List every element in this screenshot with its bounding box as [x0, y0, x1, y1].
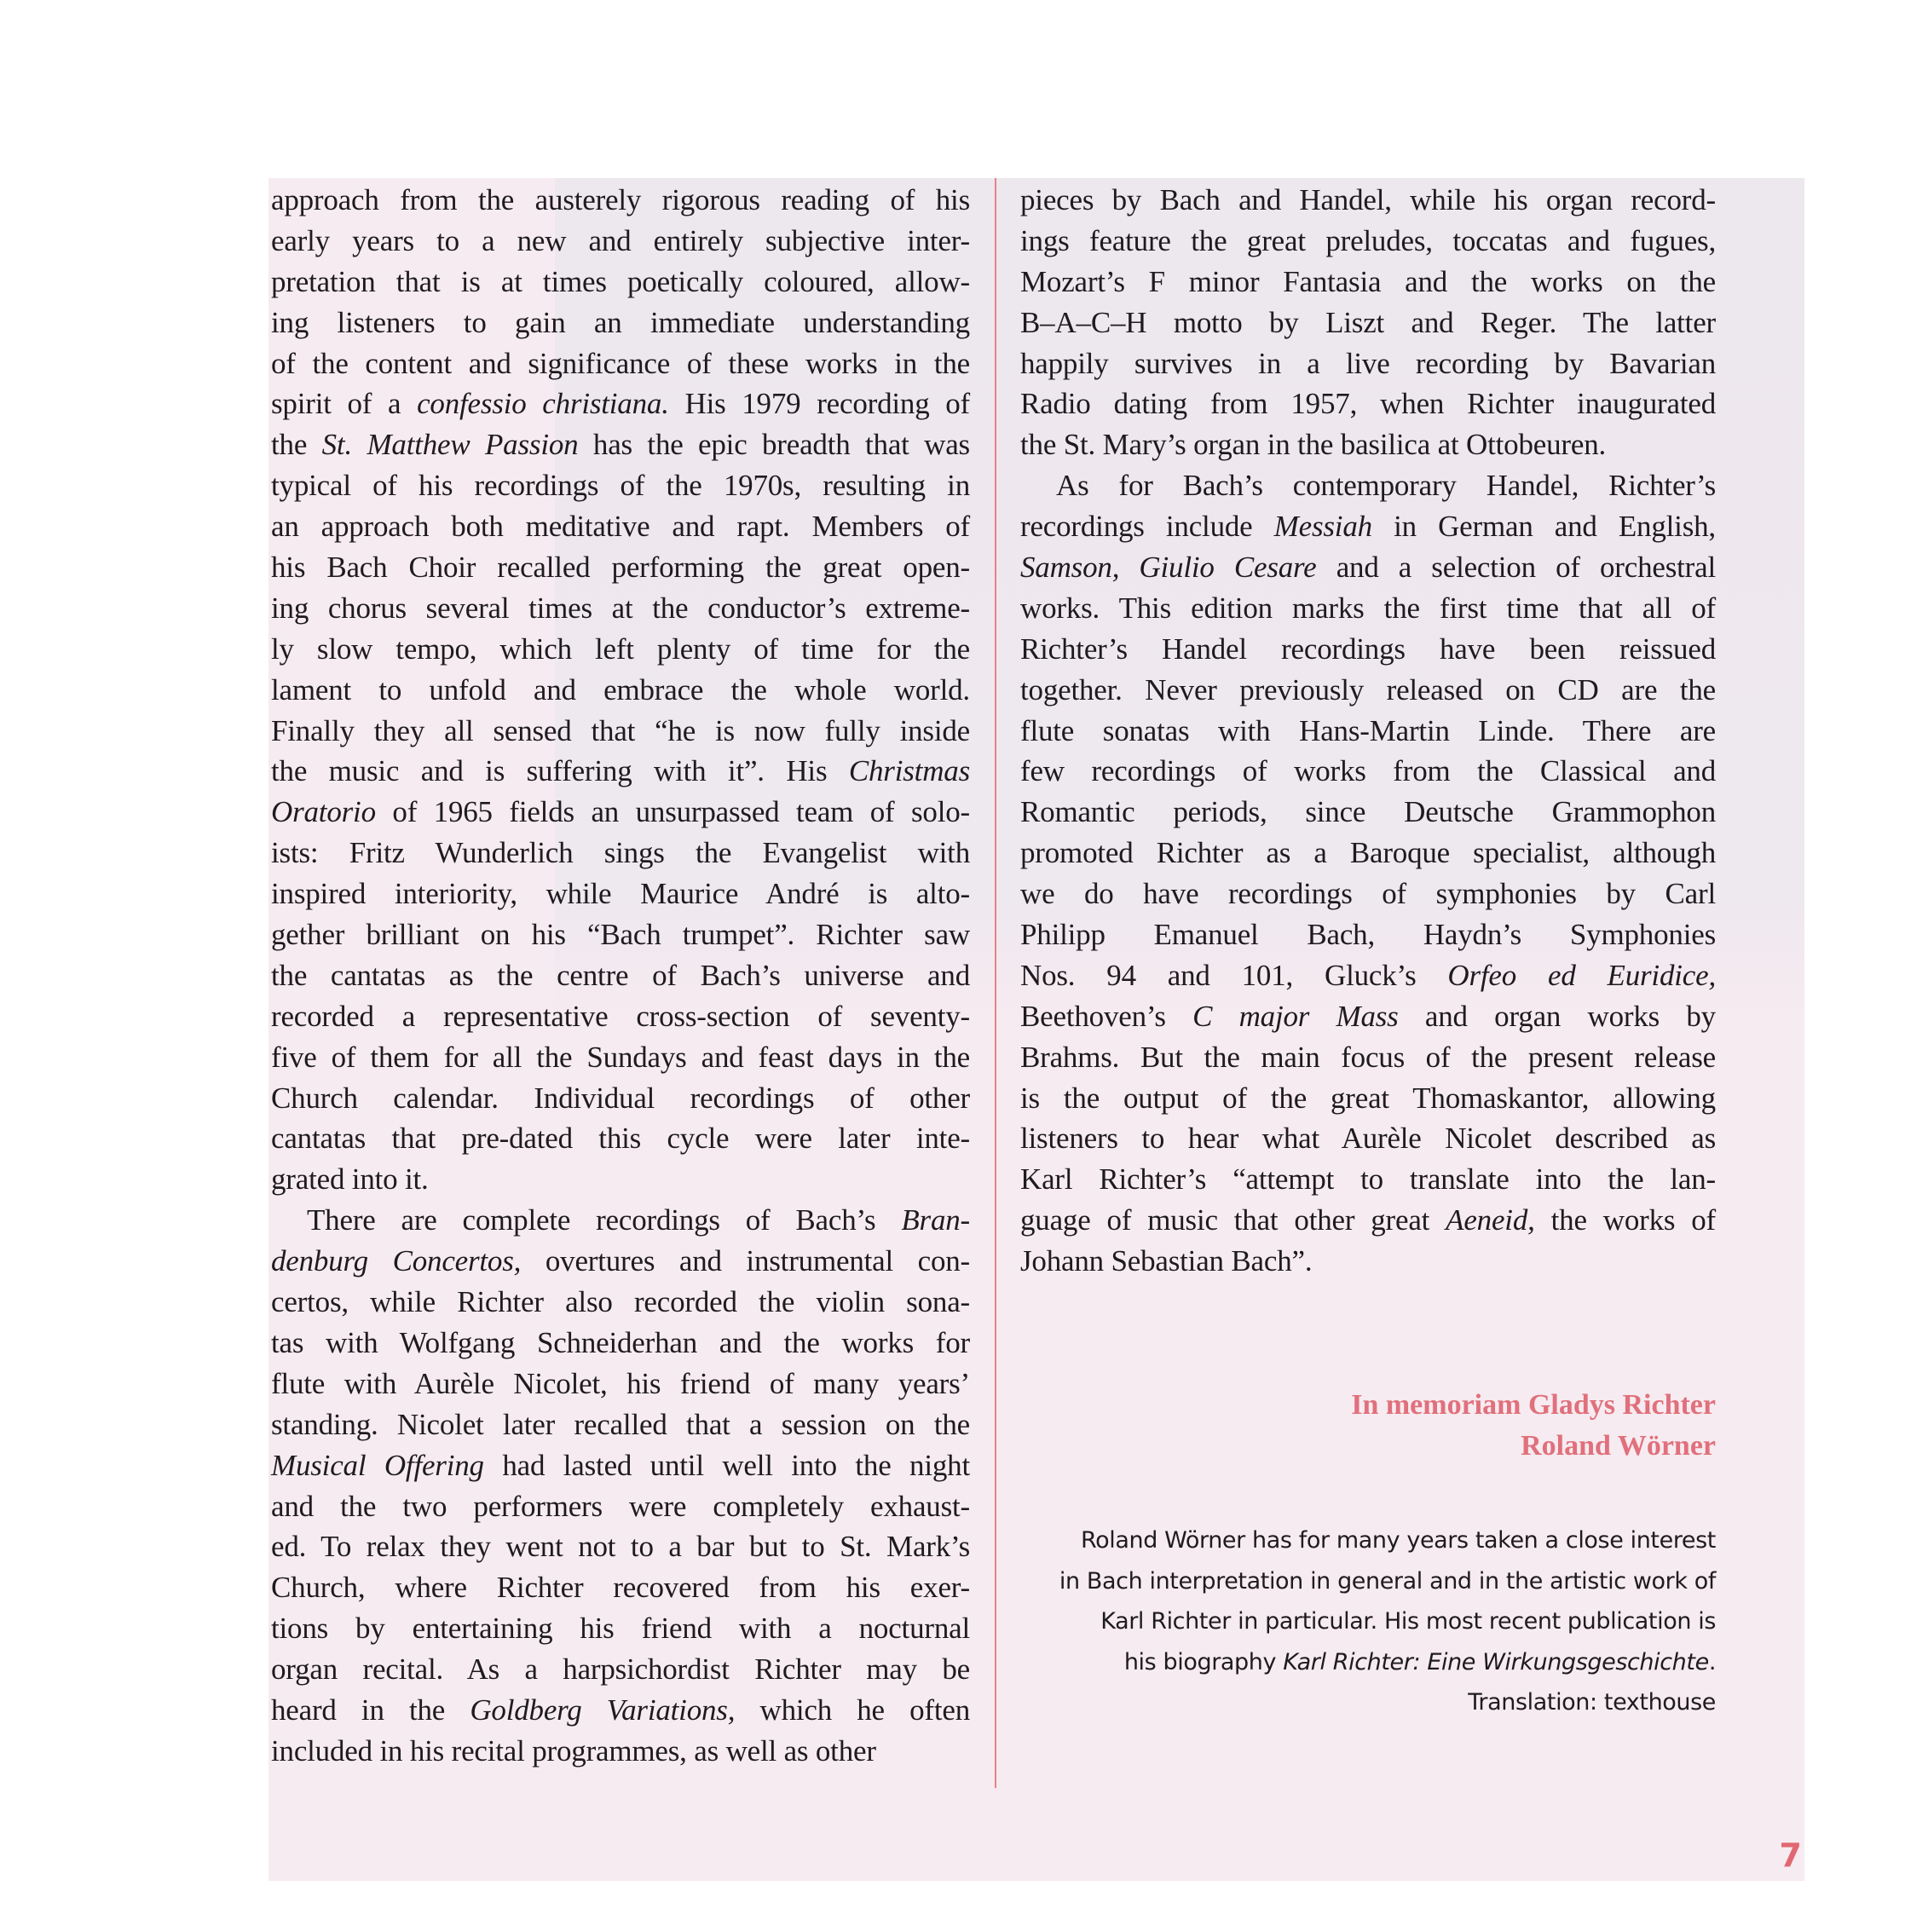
bio-line: in Bach interpretation in general and in… [1020, 1561, 1716, 1602]
text-run: lament to unfold and embrace the whole w… [271, 673, 970, 706]
text-line: Finally they all sensed that “he is now … [271, 711, 970, 752]
bio-line: his biography Karl Richter: Eine Wirkung… [1020, 1642, 1716, 1683]
text-run: Johann Sebastian Bach”. [1020, 1244, 1312, 1277]
text-line: ists: Fritz Wunderlich sings the Evangel… [271, 833, 970, 874]
text-line: heard in the Goldberg Variations, which … [271, 1690, 970, 1731]
text-run: standing. Nicolet later recalled that a … [271, 1408, 970, 1441]
text-run: works. This edition marks the first time… [1020, 591, 1716, 625]
text-line: tas with Wolfgang Schneiderhan and the w… [271, 1323, 970, 1364]
text-run: few recordings of works from the Classic… [1020, 754, 1716, 787]
text-line: Nos. 94 and 101, Gluck’s Orfeo ed Euridi… [1020, 955, 1716, 996]
text-run: the cantatas as the centre of Bach’s uni… [271, 959, 970, 992]
italic-title: Christmas [849, 754, 970, 787]
text-line: gether brilliant on his “Bach trumpet”. … [271, 914, 970, 955]
text-line: Karl Richter’s “attempt to translate int… [1020, 1159, 1716, 1200]
translation-credit: Translation: texthouse [1020, 1682, 1716, 1723]
text-line: Musical Offering had lasted until well i… [271, 1445, 970, 1486]
text-line: tions by entertaining his friend with a … [271, 1608, 970, 1649]
right-column: pieces by Bach and Handel, while his org… [1020, 180, 1716, 1282]
text-run: organ recital. As a harpsichordist Richt… [271, 1652, 970, 1686]
italic-title: Musical Offering [271, 1449, 484, 1482]
text-line: pretation that is at times poetically co… [271, 262, 970, 303]
text-run: overtures and instrumental con- [521, 1244, 970, 1277]
text-line: Romantic periods, since Deutsche Grammop… [1020, 792, 1716, 833]
text-run: certos, while Richter also recorded the … [271, 1285, 970, 1318]
text-run: spirit of a [271, 387, 417, 420]
text-run: Karl Richter’s “attempt to translate int… [1020, 1162, 1716, 1196]
text-line: included in his recital programmes, as w… [271, 1731, 970, 1772]
text-run: ly slow tempo, which left plenty of time… [271, 632, 970, 666]
text-run: has the epic breadth that was [578, 428, 970, 461]
text-line: his Bach Choir recalled performing the g… [271, 547, 970, 588]
text-line: Samson, Giulio Cesare and a selection of… [1020, 547, 1716, 588]
text-line: an approach both meditative and rapt. Me… [271, 506, 970, 547]
text-run: gether brilliant on his “Bach trumpet”. … [271, 918, 970, 951]
text-line: flute sonatas with Hans-Martin Linde. Th… [1020, 711, 1716, 752]
text-run: recorded a representative cross-section … [271, 1000, 970, 1033]
text-line: typical of his recordings of the 1970s, … [271, 465, 970, 506]
text-run: Church calendar. Individual recordings o… [271, 1081, 970, 1115]
text-line: There are complete recordings of Bach’s … [271, 1200, 970, 1241]
text-line: five of them for all the Sundays and fea… [271, 1037, 970, 1078]
text-run: cantatas that pre-dated this cycle were … [271, 1122, 970, 1155]
italic-title: Oratorio [271, 795, 376, 828]
text-run: and organ works by [1399, 1000, 1716, 1033]
text-run: and a selection of orchestral [1317, 551, 1716, 584]
text-run: Finally they all sensed that “he is now … [271, 714, 970, 747]
text-line: cantatas that pre-dated this cycle were … [271, 1118, 970, 1159]
text-run: tions by entertaining his friend with a … [271, 1612, 970, 1645]
text-run: pieces by Bach and Handel, while his org… [1020, 183, 1716, 216]
text-line: of the content and significance of these… [271, 343, 970, 384]
book-title: Karl Richter: Eine Wirkungsgeschichte [1283, 1649, 1709, 1675]
text-run: his Bach Choir recalled performing the g… [271, 551, 970, 584]
text-run: ed. To relax they went not to a bar but … [271, 1530, 970, 1563]
text-run: the works of [1535, 1203, 1716, 1237]
text-run: approach from the austerely rigorous rea… [271, 183, 970, 216]
text-line: ing listeners to gain an immediate under… [271, 303, 970, 343]
bio-text: . [1709, 1649, 1716, 1675]
text-run: Richter’s Handel recordings have been re… [1020, 632, 1716, 666]
text-run: B–A–C–H motto by Liszt and Reger. The la… [1020, 306, 1716, 339]
text-line: Church, where Richter recovered from his… [271, 1567, 970, 1608]
text-line: organ recital. As a harpsichordist Richt… [271, 1649, 970, 1690]
author-name: Roland Wörner [1020, 1426, 1716, 1467]
text-line: Beethoven’s C major Mass and organ works… [1020, 996, 1716, 1037]
text-line: Church calendar. Individual recordings o… [271, 1078, 970, 1119]
text-run: early years to a new and entirely subjec… [271, 224, 970, 257]
text-run: grated into it. [271, 1162, 429, 1196]
italic-title: Aeneid, [1446, 1203, 1535, 1237]
text-line: certos, while Richter also recorded the … [271, 1282, 970, 1323]
text-line: B–A–C–H motto by Liszt and Reger. The la… [1020, 303, 1716, 343]
text-line: denburg Concertos, overtures and instrum… [271, 1241, 970, 1282]
text-run: ings feature the great preludes, toccata… [1020, 224, 1716, 257]
text-line: grated into it. [271, 1159, 970, 1200]
text-line: ings feature the great preludes, toccata… [1020, 221, 1716, 262]
text-run: pretation that is at times poetically co… [271, 265, 970, 298]
bio-line: Karl Richter in particular. His most rec… [1020, 1601, 1716, 1642]
text-run: Brahms. But the main focus of the presen… [1020, 1041, 1716, 1074]
text-line: Johann Sebastian Bach”. [1020, 1241, 1716, 1282]
text-run: the music and is suffering with it”. His [271, 754, 849, 787]
text-run: typical of his recordings of the 1970s, … [271, 469, 970, 502]
text-run: There are complete recordings of Bach’s [307, 1203, 901, 1237]
italic-title: Goldberg Variations, [470, 1693, 735, 1727]
italic-title: St. Matthew Passion [322, 428, 579, 461]
italic-title: C major Mass [1192, 1000, 1398, 1033]
text-line: ing chorus several times at the conducto… [271, 588, 970, 629]
text-run: Radio dating from 1957, when Richter ina… [1020, 387, 1716, 420]
text-run: recordings include [1020, 510, 1274, 543]
text-line: works. This edition marks the first time… [1020, 588, 1716, 629]
text-run: ists: Fritz Wunderlich sings the Evangel… [271, 836, 970, 869]
text-line: the St. Mary’s organ in the basilica at … [1020, 424, 1716, 465]
text-line: listeners to hear what Aurèle Nicolet de… [1020, 1118, 1716, 1159]
text-run: promoted Richter as a Baroque specialist… [1020, 836, 1716, 869]
text-line: pieces by Bach and Handel, while his org… [1020, 180, 1716, 221]
bio-text: his biography [1124, 1649, 1283, 1675]
text-run: heard in the [271, 1693, 470, 1727]
text-line: promoted Richter as a Baroque specialist… [1020, 833, 1716, 874]
text-run: the [271, 428, 322, 461]
text-run: together. Never previously released on C… [1020, 673, 1716, 706]
text-line: ed. To relax they went not to a bar but … [271, 1526, 970, 1567]
text-run: tas with Wolfgang Schneiderhan and the w… [271, 1326, 970, 1359]
text-line: and the two performers were completely e… [271, 1486, 970, 1527]
bio-line: Roland Wörner has for many years taken a… [1020, 1520, 1716, 1561]
signature-block: In memoriam Gladys Richter Roland Wörner [1020, 1385, 1716, 1467]
text-run: we do have recordings of symphonies by C… [1020, 877, 1716, 910]
text-run: of 1965 fields an unsurpassed team of so… [376, 795, 970, 828]
text-line: Richter’s Handel recordings have been re… [1020, 629, 1716, 670]
author-bio: Roland Wörner has for many years taken a… [1020, 1520, 1716, 1723]
text-run: Philipp Emanuel Bach, Haydn’s Symphonies [1020, 918, 1716, 951]
text-line: the St. Matthew Passion has the epic bre… [271, 424, 970, 465]
text-run: and the two performers were completely e… [271, 1490, 970, 1523]
italic-title: Messiah [1274, 510, 1372, 543]
text-line: the music and is suffering with it”. His… [271, 751, 970, 792]
text-run: in German and English, [1372, 510, 1716, 543]
text-run: As for Bach’s contemporary Handel, Richt… [1056, 469, 1716, 502]
text-line: Philipp Emanuel Bach, Haydn’s Symphonies [1020, 914, 1716, 955]
text-line: approach from the austerely rigorous rea… [271, 180, 970, 221]
text-run: had lasted until well into the night [484, 1449, 970, 1482]
text-line: Radio dating from 1957, when Richter ina… [1020, 384, 1716, 424]
dedication: In memoriam Gladys Richter [1020, 1385, 1716, 1426]
text-line: Brahms. But the main focus of the presen… [1020, 1037, 1716, 1078]
text-run: which he often [735, 1693, 970, 1727]
text-run: His 1979 recording of [669, 387, 970, 420]
text-line: the cantatas as the centre of Bach’s uni… [271, 955, 970, 996]
text-run: an approach both meditative and rapt. Me… [271, 510, 970, 543]
text-run: ing chorus several times at the conducto… [271, 591, 970, 625]
text-line: inspired interiority, while Maurice Andr… [271, 874, 970, 914]
booklet-page: approach from the austerely rigorous rea… [268, 178, 1804, 1881]
text-run: Church, where Richter recovered from his… [271, 1571, 970, 1604]
text-run: Mozart’s F minor Fantasia and the works … [1020, 265, 1716, 298]
page-number: 7 [1780, 1837, 1802, 1874]
text-line: standing. Nicolet later recalled that a … [271, 1404, 970, 1445]
text-line: recorded a representative cross-section … [271, 996, 970, 1037]
text-run: the St. Mary’s organ in the basilica at … [1020, 428, 1606, 461]
text-line: spirit of a confessio christiana. His 19… [271, 384, 970, 424]
text-line: As for Bach’s contemporary Handel, Richt… [1020, 465, 1716, 506]
text-line: few recordings of works from the Classic… [1020, 751, 1716, 792]
text-line: flute with Aurèle Nicolet, his friend of… [271, 1364, 970, 1404]
column-divider [995, 178, 996, 1788]
text-line: recordings include Messiah in German and… [1020, 506, 1716, 547]
italic-title: confessio christiana. [417, 387, 669, 420]
text-run: Beethoven’s [1020, 1000, 1192, 1033]
text-line: guage of music that other great Aeneid, … [1020, 1200, 1716, 1241]
text-run: listeners to hear what Aurèle Nicolet de… [1020, 1122, 1716, 1155]
text-line: happily survives in a live recording by … [1020, 343, 1716, 384]
text-line: ly slow tempo, which left plenty of time… [271, 629, 970, 670]
text-line: is the output of the great Thomaskantor,… [1020, 1078, 1716, 1119]
text-run: flute sonatas with Hans-Martin Linde. Th… [1020, 714, 1716, 747]
text-run: inspired interiority, while Maurice Andr… [271, 877, 970, 910]
text-run: Romantic periods, since Deutsche Grammop… [1020, 795, 1716, 828]
text-run: five of them for all the Sundays and fea… [271, 1041, 970, 1074]
text-run: Nos. 94 and 101, Gluck’s [1020, 959, 1447, 992]
text-run: guage of music that other great [1020, 1203, 1446, 1237]
italic-title: Orfeo ed Euridice, [1447, 959, 1716, 992]
text-run: flute with Aurèle Nicolet, his friend of… [271, 1367, 970, 1400]
text-run: is the output of the great Thomaskantor,… [1020, 1081, 1716, 1115]
text-line: early years to a new and entirely subjec… [271, 221, 970, 262]
text-run: ing listeners to gain an immediate under… [271, 306, 970, 339]
italic-title: denburg Concertos, [271, 1244, 521, 1277]
text-line: together. Never previously released on C… [1020, 670, 1716, 711]
text-line: Oratorio of 1965 fields an unsurpassed t… [271, 792, 970, 833]
text-line: we do have recordings of symphonies by C… [1020, 874, 1716, 914]
text-line: lament to unfold and embrace the whole w… [271, 670, 970, 711]
text-run: included in his recital programmes, as w… [271, 1734, 876, 1768]
italic-title: Samson, Giulio Cesare [1020, 551, 1317, 584]
text-run: of the content and significance of these… [271, 347, 970, 380]
italic-title: Bran- [901, 1203, 970, 1237]
left-column: approach from the austerely rigorous rea… [271, 180, 970, 1772]
text-run: happily survives in a live recording by … [1020, 347, 1716, 380]
text-line: Mozart’s F minor Fantasia and the works … [1020, 262, 1716, 303]
